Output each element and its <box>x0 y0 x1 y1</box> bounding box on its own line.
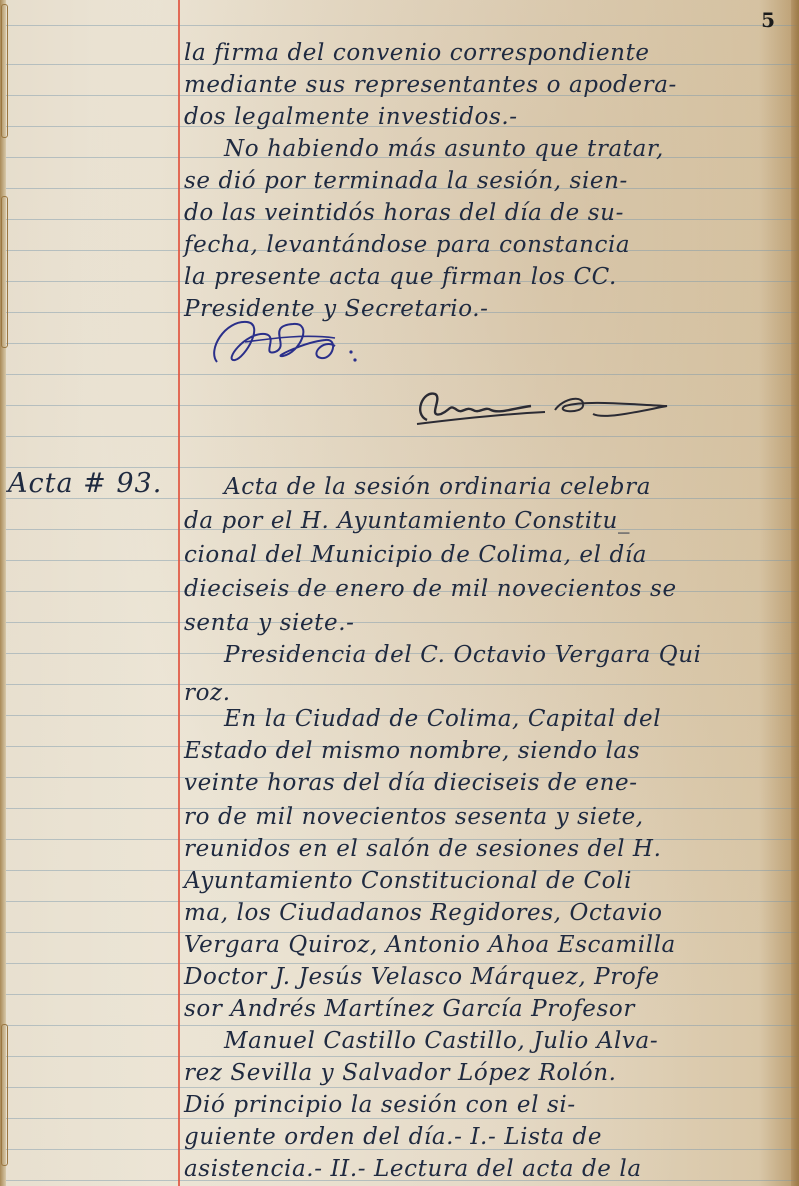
text-line: asistencia.- II.- Lectura del acta de la <box>184 1156 642 1182</box>
signature-secretary-icon <box>405 384 675 432</box>
text-line: roz. <box>184 680 231 706</box>
text-line: sor Andrés Martínez García Profesor <box>184 996 635 1022</box>
acta-number-margin-note: Acta # 93. <box>8 468 162 499</box>
text-line: En la Ciudad de Colima, Capital del <box>224 706 661 732</box>
binding-staple-top <box>1 4 8 138</box>
text-line: dos legalmente investidos.- <box>184 104 518 130</box>
text-line: guiente orden del día.- I.- Lista de <box>184 1124 602 1150</box>
text-line: ma, los Ciudadanos Regidores, Octavio <box>184 900 663 926</box>
page-number: 5 <box>761 8 775 32</box>
text-line: Doctor J. Jesús Velasco Márquez, Profe <box>184 964 660 990</box>
ledger-page: 5 la firma del convenio correspondiente … <box>0 0 799 1186</box>
text-line: la presente acta que firman los CC. <box>184 264 617 290</box>
text-line: cional del Municipio de Colima, el día <box>184 542 647 568</box>
text-line: do las veintidós horas del día de su- <box>184 200 624 226</box>
text-line: Ayuntamiento Constitucional de Coli <box>184 868 632 894</box>
page-binding <box>0 0 6 1186</box>
text-line: Presidencia del C. Octavio Vergara Qui <box>224 642 702 668</box>
text-line: Estado del mismo nombre, siendo las <box>184 738 640 764</box>
page-edge <box>791 0 799 1186</box>
text-line: la firma del convenio correspondiente <box>184 40 650 66</box>
text-line: veinte horas del día dieciseis de ene- <box>184 770 638 796</box>
binding-staple-upper <box>1 196 8 348</box>
signature-president-icon <box>205 312 385 374</box>
text-line: senta y siete.- <box>184 610 355 636</box>
text-line: da por el H. Ayuntamiento Constitu_ <box>184 508 630 534</box>
text-line: reunidos en el salón de sesiones del H. <box>184 836 662 862</box>
text-line: fecha, levantándose para constancia <box>184 232 630 258</box>
text-line: Manuel Castillo Castillo, Julio Alva- <box>224 1028 658 1054</box>
text-line: Dió principio la sesión con el si- <box>184 1092 576 1118</box>
text-line: ro de mil novecientos sesenta y siete, <box>184 804 644 830</box>
binding-staple-bottom <box>1 1024 8 1166</box>
red-margin-line <box>178 0 180 1186</box>
text-line: Acta de la sesión ordinaria celebra <box>224 474 651 500</box>
text-line: mediante sus representantes o apodera- <box>184 72 677 98</box>
text-line: dieciseis de enero de mil novecientos se <box>184 576 677 602</box>
text-line: rez Sevilla y Salvador López Rolón. <box>184 1060 617 1086</box>
text-line: Vergara Quiroz, Antonio Ahoa Escamilla <box>184 932 676 958</box>
text-line: No habiendo más asunto que tratar, <box>224 136 664 162</box>
text-line: se dió por terminada la sesión, sien- <box>184 168 628 194</box>
